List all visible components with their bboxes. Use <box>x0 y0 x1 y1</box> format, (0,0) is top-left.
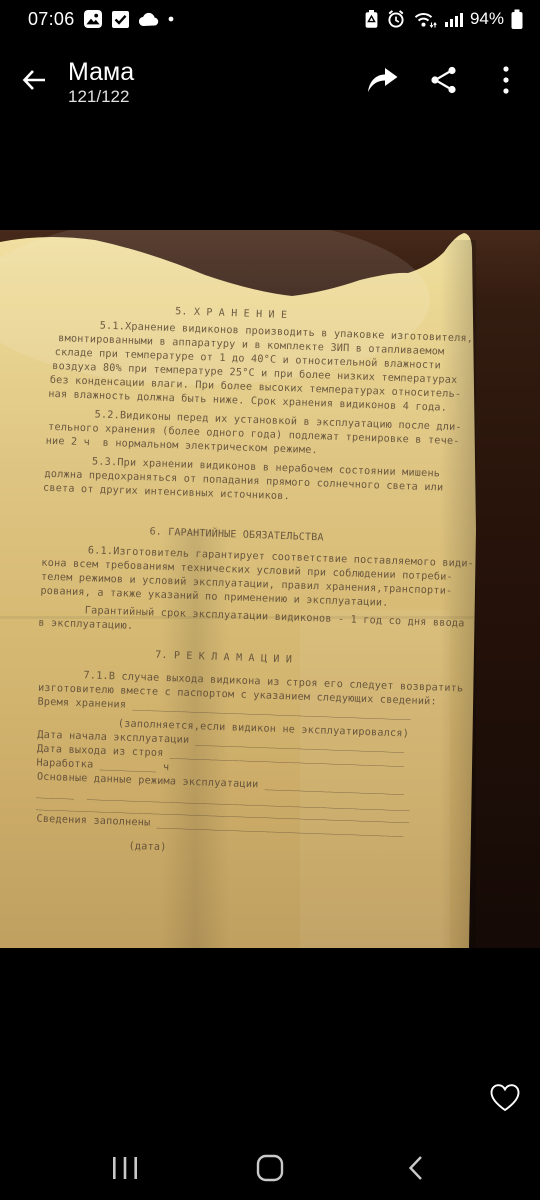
document-line: в эксплуатацию. <box>38 618 133 632</box>
document-text: 5. Х Р А Н Е Н И Е5.1.Хранение видиконов… <box>0 230 540 948</box>
task-check-notification-icon <box>111 10 130 29</box>
favorite-button[interactable] <box>487 1083 523 1117</box>
photo-counter: 121/122 <box>68 86 134 107</box>
recents-button[interactable] <box>95 1146 155 1194</box>
back-nav-button[interactable] <box>385 1146 445 1194</box>
wifi-icon <box>413 9 438 30</box>
battery-icon <box>510 9 524 30</box>
document-line: 7. Р Е К Л А М А Ц И И <box>155 650 292 666</box>
forward-icon <box>364 65 400 100</box>
document-line: 6. ГАРАНТИЙНЫЕ ОБЯЗАТЕЛЬСТВА <box>149 526 323 543</box>
document-line: (дата) <box>128 841 166 853</box>
back-icon <box>406 1154 424 1187</box>
more-notifications-dot <box>168 16 174 22</box>
back-button[interactable] <box>6 54 62 110</box>
document-line: Гарантийный срок эксплуатации видиконов … <box>85 605 465 629</box>
document-line: 5. Х Р А Н Е Н И Е <box>175 306 287 321</box>
overflow-menu-button[interactable] <box>482 58 530 106</box>
app-header: Мама 121/122 <box>0 44 540 120</box>
document-line: Наработка _________ ч <box>36 758 169 774</box>
forward-button[interactable] <box>358 58 406 106</box>
battery-saver-icon <box>364 9 379 29</box>
phone-screen: 07:06 <box>0 0 540 1200</box>
battery-percent: 94% <box>470 9 504 29</box>
navigation-bar <box>0 1140 540 1200</box>
signal-strength-icon <box>444 10 464 28</box>
status-bar: 07:06 <box>0 0 540 38</box>
share-button[interactable] <box>420 58 468 106</box>
status-time: 07:06 <box>28 9 75 30</box>
overflow-menu-icon <box>502 65 510 100</box>
alarm-icon <box>385 8 407 30</box>
share-icon <box>429 65 459 100</box>
heart-outline-icon <box>488 1082 522 1118</box>
back-arrow-icon <box>18 64 50 101</box>
home-icon <box>256 1154 284 1187</box>
gallery-notification-icon <box>83 9 103 29</box>
album-title: Мама <box>68 58 134 86</box>
home-button[interactable] <box>240 1146 300 1194</box>
photo-document[interactable]: 5. Х Р А Н Е Н И Е5.1.Хранение видиконов… <box>0 230 540 948</box>
recents-icon <box>112 1156 138 1185</box>
cloud-notification-icon <box>138 11 160 27</box>
